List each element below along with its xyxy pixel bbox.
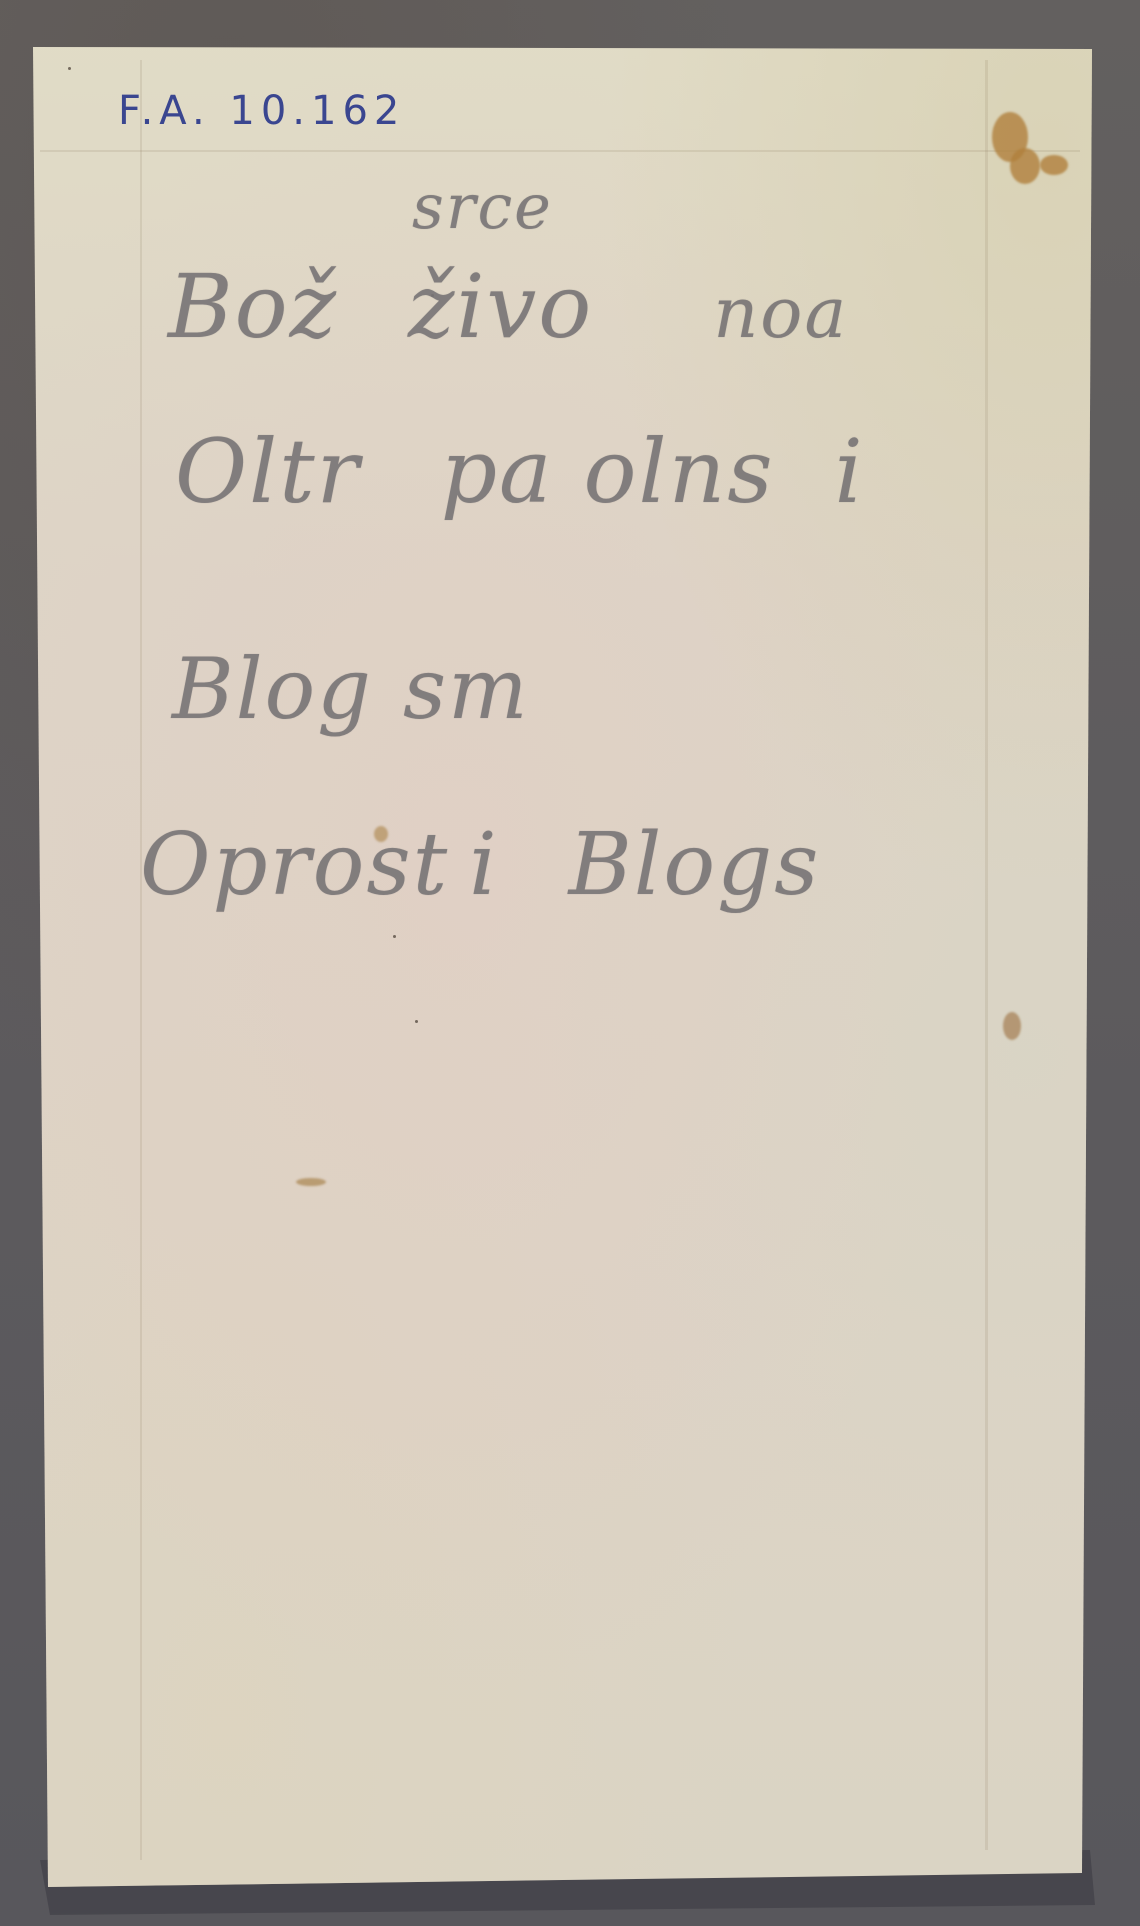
handwritten-word: olns — [584, 420, 775, 523]
handwritten-word: noa — [713, 272, 848, 354]
handwritten-word: Blogs — [569, 815, 821, 915]
stain-top-right-lobe — [1010, 148, 1040, 184]
handwritten-word: Oltr — [175, 420, 361, 523]
stain-right-edge — [1003, 1012, 1021, 1040]
handwritten-insertion: srce — [412, 170, 553, 243]
handwritten-line-2: Oltrpaolnsi — [175, 420, 865, 523]
stain-top-right-tail — [1040, 155, 1068, 175]
paper-border-line-right — [985, 60, 988, 1850]
paper-border-line-left — [140, 60, 142, 1860]
stain-lower-left — [296, 1178, 326, 1186]
handwritten-line-4: OprostiBlogs — [140, 815, 820, 915]
handwritten-word: Blog — [172, 640, 373, 738]
handwritten-line-1: Božživonoa — [168, 255, 848, 358]
handwritten-word: Bož — [168, 255, 338, 358]
handwritten-line-3: Blogsm — [172, 640, 530, 738]
speck — [415, 1020, 418, 1023]
speck — [393, 935, 396, 938]
handwritten-word: živo — [408, 255, 593, 358]
speck — [68, 67, 71, 70]
handwritten-word: i — [469, 815, 499, 915]
handwritten-word: Oprost — [140, 815, 449, 915]
handwritten-word: i — [834, 420, 864, 523]
handwritten-word: pa — [441, 420, 554, 523]
catalog-number-label: F.A. 10.162 — [118, 88, 405, 134]
handwritten-word: sm — [403, 640, 530, 738]
paper-border-line-top — [40, 150, 1080, 152]
